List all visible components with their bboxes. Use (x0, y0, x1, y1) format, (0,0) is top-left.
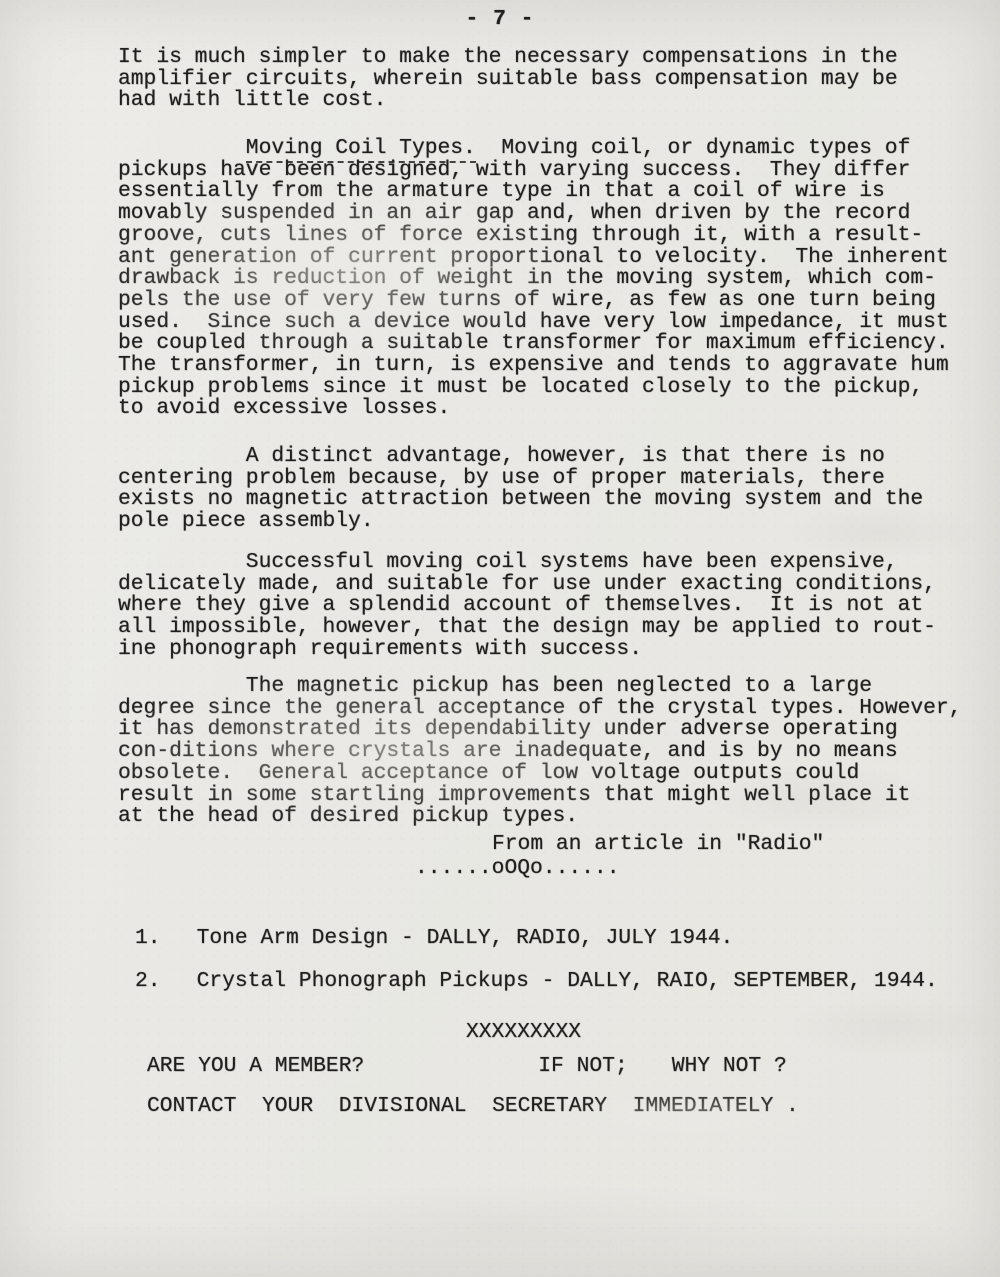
scanned-page: - 7 - It is much simpler to make the nec… (0, 0, 1000, 1277)
reference-number: 1. (135, 928, 161, 950)
section-separator: XXXXXXXXX (466, 1022, 581, 1044)
reference-item-2: 2.Crystal Phonograph Pickups - DALLY, RA… (135, 971, 938, 993)
footer-why-not: WHY NOT ? (672, 1054, 787, 1078)
page-number: - 7 - (0, 9, 1000, 31)
paragraph-intro: It is much simpler to make the necessary… (118, 47, 898, 112)
paragraph-body-text: Moving coil, or dynamic types of pickups… (118, 136, 949, 420)
reference-number: 2. (135, 971, 161, 993)
scan-bleedthrough-artifact (0, 1150, 1000, 1277)
paragraph-moving-coil-types: Moving Coil Types. Moving coil, or dynam… (118, 138, 949, 420)
reference-text: Tone Arm Design - DALLY, RADIO, JULY 194… (197, 926, 734, 950)
paragraph-magnetic-pickup: The magnetic pickup has been neglected t… (118, 676, 962, 828)
reference-item-1: 1.Tone Arm Design - DALLY, RADIO, JULY 1… (135, 928, 733, 950)
paragraph-distinct-advantage: A distinct advantage, however, is that t… (118, 446, 923, 533)
footer-membership-line: ARE YOU A MEMBER?IF NOT;WHY NOT ? (147, 1056, 787, 1078)
footer-contact-line: CONTACT YOUR DIVISIONAL SECRETARY IMMEDI… (147, 1096, 799, 1118)
ornament-divider: ......oOQo...... (415, 858, 619, 880)
reference-text: Crystal Phonograph Pickups - DALLY, RAIO… (197, 969, 938, 993)
footer-member-question: ARE YOU A MEMBER? (147, 1054, 364, 1078)
attribution-line: From an article in "Radio" (492, 834, 824, 856)
footer-if-not: IF NOT; (538, 1054, 627, 1078)
paragraph-successful-systems: Successful moving coil systems have been… (118, 552, 936, 661)
